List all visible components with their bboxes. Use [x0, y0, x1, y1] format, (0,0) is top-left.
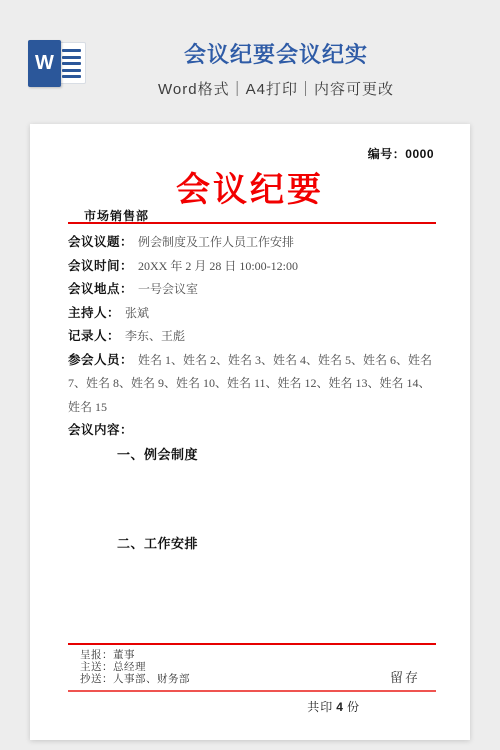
- dist-copy-value: 人事部、财务部: [113, 674, 190, 685]
- field-time: 会议时间：20XX 年 2 月 28 日 10:00-12:00: [68, 255, 440, 279]
- section-1-title: 一、例会制度: [68, 443, 440, 467]
- field-time-value: 20XX 年 2 月 28 日 10:00-12:00: [138, 259, 298, 273]
- dist-report-value: 董事: [113, 650, 135, 661]
- field-time-label: 会议时间：: [68, 259, 133, 273]
- red-divider-top: [68, 222, 436, 224]
- distribution-block: 呈报：董事 主送：总经理 抄送：人事部、财务部 留存: [68, 643, 436, 692]
- field-attendees: 参会人员：姓名 1、姓名 2、姓名 3、姓名 4、姓名 5、姓名 6、姓名 7、…: [68, 349, 440, 420]
- dist-send-value: 总经理: [113, 662, 146, 673]
- field-topic-value: 例会制度及工作人员工作安排: [138, 235, 294, 249]
- field-location-value: 一号会议室: [138, 282, 198, 296]
- field-topic: 会议议题：例会制度及工作人员工作安排: [68, 231, 440, 255]
- copies-prefix: 共印: [307, 700, 333, 714]
- dist-send-line: 主送：总经理: [80, 662, 436, 674]
- document-title: 会议纪要: [30, 162, 470, 211]
- content-heading: 会议内容：: [68, 419, 440, 443]
- listing-title: 会议纪要会议纪实: [52, 38, 500, 69]
- section-2-title: 二、工作安排: [68, 532, 440, 556]
- field-attendees-label: 参会人员：: [68, 353, 133, 367]
- copies-suffix: 份: [347, 700, 360, 714]
- field-recorder: 记录人：李东、王彪: [68, 325, 440, 349]
- copies-count: 4: [333, 700, 347, 714]
- document-page: 编号：0000 会议纪要 市场销售部 会议议题：例会制度及工作人员工作安排 会议…: [30, 124, 470, 740]
- serial-number: 编号：0000: [368, 145, 434, 162]
- listing-header-text: 会议纪要会议纪实 Word格式｜A4打印｜内容可更改: [0, 38, 500, 99]
- field-host: 主持人：张斌: [68, 302, 440, 326]
- listing-subtitle: Word格式｜A4打印｜内容可更改: [52, 78, 500, 99]
- field-host-value: 张斌: [125, 306, 149, 320]
- copies-line: 共印4份: [68, 698, 436, 715]
- keep-label: 留存: [390, 667, 420, 686]
- document-body: 会议议题：例会制度及工作人员工作安排 会议时间：20XX 年 2 月 28 日 …: [68, 231, 440, 556]
- listing-header: W 会议纪要会议纪实 Word格式｜A4打印｜内容可更改: [0, 0, 500, 124]
- dist-copy-label: 抄送：: [80, 674, 113, 685]
- document-footer: 呈报：董事 主送：总经理 抄送：人事部、财务部 留存 共印4份: [68, 643, 436, 715]
- dist-copy-line: 抄送：人事部、财务部: [80, 674, 436, 686]
- field-host-label: 主持人：: [68, 306, 120, 320]
- dist-report-label: 呈报：: [80, 650, 113, 661]
- field-recorder-value: 李东、王彪: [125, 329, 185, 343]
- dist-report-line: 呈报：董事: [80, 650, 436, 662]
- field-location-label: 会议地点：: [68, 282, 133, 296]
- template-preview: W 会议纪要会议纪实 Word格式｜A4打印｜内容可更改 编号：0000 会议纪…: [0, 0, 500, 750]
- field-recorder-label: 记录人：: [68, 329, 120, 343]
- dist-send-label: 主送：: [80, 662, 113, 673]
- field-location: 会议地点：一号会议室: [68, 278, 440, 302]
- field-topic-label: 会议议题：: [68, 235, 133, 249]
